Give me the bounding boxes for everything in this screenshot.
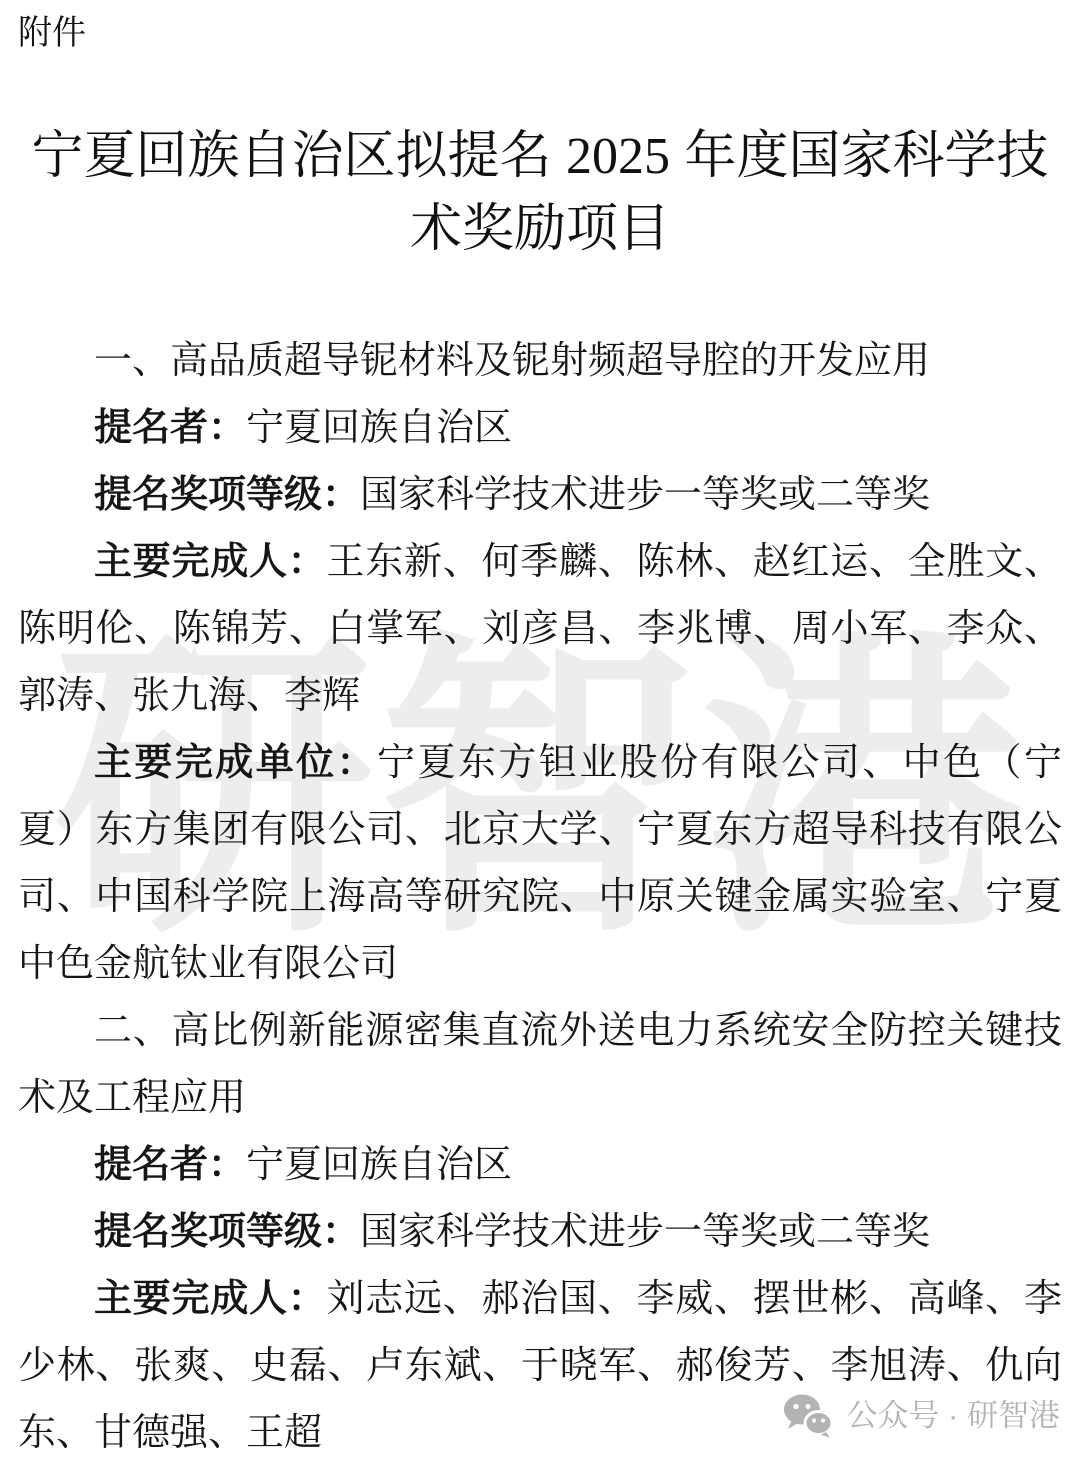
attachment-label: 附件 xyxy=(18,10,86,56)
field-label: 主要完成人： xyxy=(94,541,327,583)
field-value: 宁夏回族自治区 xyxy=(246,407,512,449)
field-value: 宁夏回族自治区 xyxy=(246,1144,512,1186)
project1-heading: 一、高品质超导铌材料及铌射频超导腔的开发应用 xyxy=(18,328,1062,395)
title-part1: 宁夏回族自治区拟提名 xyxy=(32,127,566,185)
wechat-icon xyxy=(782,1393,834,1439)
project2-award-level-row: 提名奖项等级：国家科学技术进步一等奖或二等奖 xyxy=(18,1199,1062,1266)
field-label: 主要完成单位： xyxy=(94,742,377,784)
field-value: 国家科学技术进步一等奖或二等奖 xyxy=(360,1211,930,1253)
project2-nominator-row: 提名者：宁夏回族自治区 xyxy=(18,1132,1062,1199)
field-value: 国家科学技术进步一等奖或二等奖 xyxy=(360,474,930,516)
document-page: 研智港 附件 宁夏回族自治区拟提名 2025 年度国家科学技术奖励项目 一、高品… xyxy=(0,0,1080,1464)
wechat-account-badge: 公众号 · 研智港 xyxy=(782,1392,1060,1440)
project2-heading: 二、高比例新能源密集直流外送电力系统安全防控关键技术及工程应用 xyxy=(18,998,1062,1132)
project1-main-contributors-row: 主要完成人：王东新、何季麟、陈林、赵红运、全胜文、陈明伦、陈锦芳、白掌军、刘彦昌… xyxy=(18,529,1062,730)
project1-award-level-row: 提名奖项等级：国家科学技术进步一等奖或二等奖 xyxy=(18,462,1062,529)
field-label: 提名奖项等级： xyxy=(94,474,360,516)
document-body: 一、高品质超导铌材料及铌射频超导腔的开发应用 提名者：宁夏回族自治区 提名奖项等… xyxy=(18,328,1062,1464)
field-label: 提名者： xyxy=(94,1144,246,1186)
project1-main-organizations-row: 主要完成单位：宁夏东方钽业股份有限公司、中色（宁夏）东方集团有限公司、北京大学、… xyxy=(18,730,1062,998)
document-title: 宁夏回族自治区拟提名 2025 年度国家科学技术奖励项目 xyxy=(30,120,1050,265)
field-label: 主要完成人： xyxy=(94,1278,327,1320)
field-label: 提名者： xyxy=(94,407,246,449)
project1-nominator-row: 提名者：宁夏回族自治区 xyxy=(18,395,1062,462)
field-label: 提名奖项等级： xyxy=(94,1211,360,1253)
title-year: 2025 xyxy=(566,128,670,185)
wechat-badge-label: 公众号 · 研智港 xyxy=(846,1392,1060,1440)
